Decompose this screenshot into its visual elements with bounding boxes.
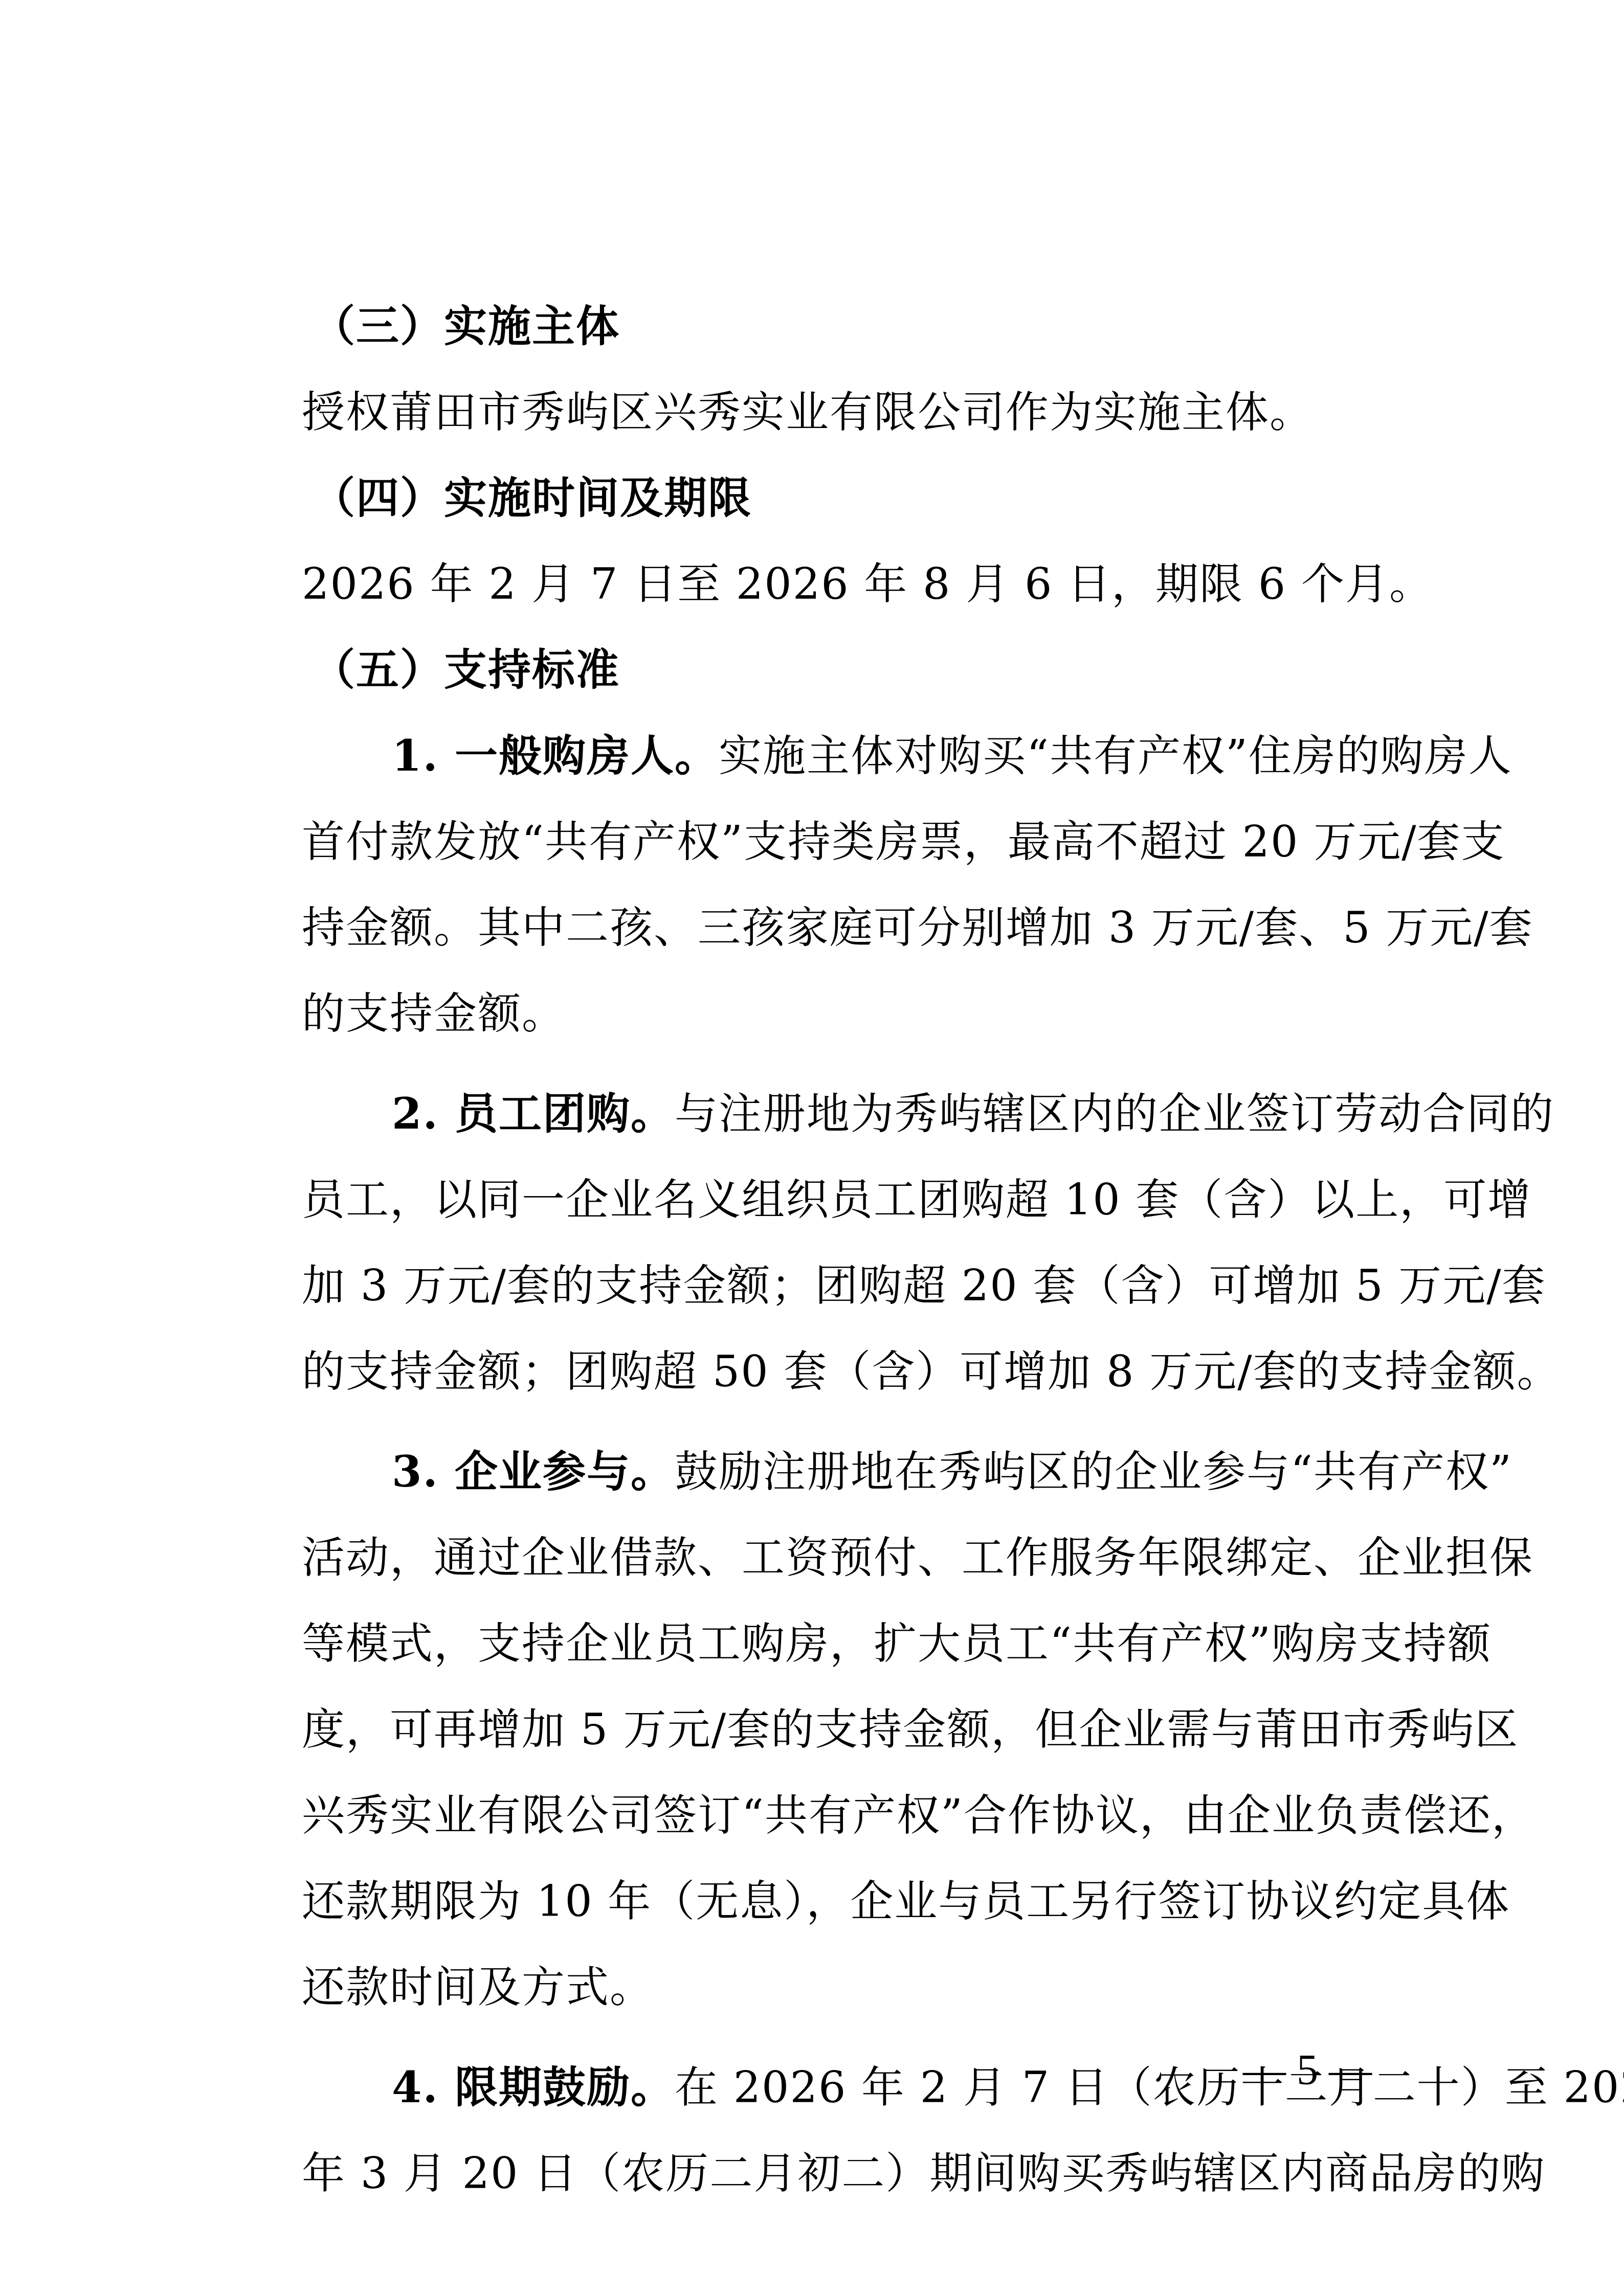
paragraph-line: 2. 员工团购。与注册地为秀屿辖区内的企业签订劳动合同的 bbox=[302, 1078, 1418, 1164]
section-heading-period: （四）实施时间及期限 bbox=[302, 462, 1418, 548]
paragraph-line: 还款时间及方式。 bbox=[302, 1951, 1418, 2037]
paragraph-line: 授权莆田市秀屿区兴秀实业有限公司作为实施主体。 bbox=[302, 376, 1418, 462]
item-text: 实施主体对购买“共有产权”住房的购房人 bbox=[719, 731, 1512, 781]
paragraph-line: 还款期限为 10 年（无息），企业与员工另行签订协议约定具体 bbox=[302, 1865, 1418, 1951]
item-enterprise-participation: 3. 企业参与。鼓励注册地在秀屿区的企业参与“共有产权” 活动，通过企业借款、工… bbox=[302, 1436, 1418, 2037]
paragraph-line: 等模式，支持企业员工购房，扩大员工“共有产权”购房支持额 bbox=[302, 1608, 1418, 1694]
item-lead: 1. 一般购房人。 bbox=[392, 730, 719, 781]
paragraph-line: 年 3 月 20 日（农历二月初二）期间购买秀屿辖区内商品房的购 bbox=[302, 2137, 1418, 2223]
paragraph-line: 兴秀实业有限公司签订“共有产权”合作协议，由企业负责偿还， bbox=[302, 1780, 1418, 1865]
paragraph-line: 首付款发放“共有产权”支持类房票，最高不超过 20 万元/套支 bbox=[302, 806, 1418, 892]
section-heading-support-standard: （五）支持标准 bbox=[302, 634, 1418, 720]
paragraph-line: 1. 一般购房人。实施主体对购买“共有产权”住房的购房人 bbox=[302, 720, 1418, 806]
paragraph-line: 员工，以同一企业名义组织员工团购超 10 套（含）以上，可增 bbox=[302, 1164, 1418, 1250]
paragraph-line: 3. 企业参与。鼓励注册地在秀屿区的企业参与“共有产权” bbox=[302, 1436, 1418, 1522]
paragraph-line: 持金额。其中二孩、三孩家庭可分别增加 3 万元/套、5 万元/套 bbox=[302, 892, 1418, 978]
item-text: 在 2026 年 2 月 7 日（农历十二月二十）至 2026 bbox=[675, 2062, 1624, 2112]
paragraph-line: 度，可再增加 5 万元/套的支持金额，但企业需与莆田市秀屿区 bbox=[302, 1694, 1418, 1780]
paragraph-line: 的支持金额。 bbox=[302, 978, 1418, 1064]
paragraph-line: 的支持金额；团购超 50 套（含）可增加 8 万元/套的支持金额。 bbox=[302, 1336, 1418, 1422]
item-lead: 4. 限期鼓励。 bbox=[392, 2062, 675, 2112]
section-heading-implementer: （三）实施主体 bbox=[302, 290, 1418, 376]
item-text: 鼓励注册地在秀屿区的企业参与“共有产权” bbox=[675, 1447, 1512, 1497]
paragraph-line: 活动，通过企业借款、工资预付、工作服务年限绑定、企业担保 bbox=[302, 1522, 1418, 1608]
page-number: — 5 — bbox=[1243, 2045, 1372, 2095]
item-general-buyer: 1. 一般购房人。实施主体对购买“共有产权”住房的购房人 首付款发放“共有产权”… bbox=[302, 720, 1418, 1064]
document-page: （三）实施主体 授权莆田市秀屿区兴秀实业有限公司作为实施主体。 （四）实施时间及… bbox=[302, 290, 1418, 2223]
item-text: 与注册地为秀屿辖区内的企业签订劳动合同的 bbox=[675, 1089, 1554, 1139]
item-lead: 3. 企业参与。 bbox=[392, 1446, 675, 1497]
paragraph-line: 2026 年 2 月 7 日至 2026 年 8 月 6 日，期限 6 个月。 bbox=[302, 548, 1418, 634]
paragraph-line: 加 3 万元/套的支持金额；团购超 20 套（含）可增加 5 万元/套 bbox=[302, 1250, 1418, 1336]
item-lead: 2. 员工团购。 bbox=[392, 1088, 675, 1139]
item-employee-group-purchase: 2. 员工团购。与注册地为秀屿辖区内的企业签订劳动合同的 员工，以同一企业名义组… bbox=[302, 1078, 1418, 1422]
